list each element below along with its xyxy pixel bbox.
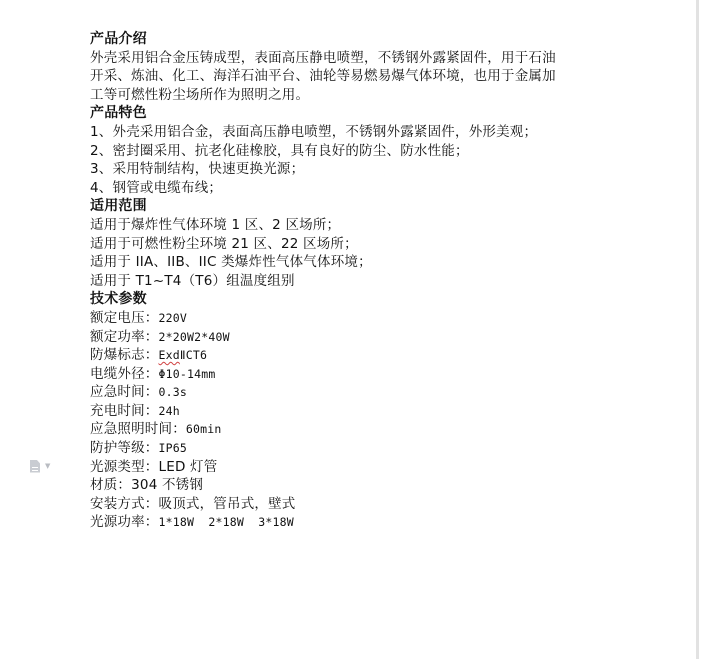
spec-value: 60min: [186, 422, 222, 436]
spec-value: Φ10-14mm: [159, 367, 216, 381]
spec-value: 220V: [159, 311, 188, 325]
spec-row-material: 材质：304 不锈钢: [90, 476, 610, 495]
spec-value: 0.3s: [159, 385, 188, 399]
spec-label: 光源功率：: [90, 514, 159, 530]
spec-value: IP65: [159, 441, 188, 455]
spec-value: 2*20W2*40W: [159, 330, 230, 344]
spec-row-cable-diameter: 电缆外径：Φ10-14mm: [90, 365, 610, 384]
list-item: 2、密封圈采用、抗老化硅橡胶，具有良好的防尘、防水性能；: [90, 142, 610, 161]
list-item: 适用于 IIA、IIB、IIC 类爆炸性气体气体环境；: [90, 253, 610, 272]
spec-row-emergency-lighting-time: 应急照明时间：60min: [90, 420, 610, 439]
spec-value: ⅡCT6: [180, 348, 207, 362]
spec-label: 充电时间：: [90, 403, 159, 419]
spec-row-installation: 安装方式：吸顶式，管吊式，壁式: [90, 495, 610, 514]
spec-row-explosion-mark: 防爆标志：ExdⅡCT6: [90, 346, 610, 365]
document-body: 产品介绍 外壳采用铝合金压铸成型，表面高压静电喷塑，不锈钢外露紧固件，用于石油 …: [90, 30, 610, 532]
list-item: 适用于爆炸性气体环境 1 区、2 区场所；: [90, 216, 610, 235]
spec-row-rated-power: 额定功率：2*20W2*40W: [90, 328, 610, 347]
spec-value: 304 不锈钢: [131, 477, 203, 493]
document-icon: [30, 460, 40, 473]
spec-row-light-power: 光源功率：1*18W 2*18W 3*18W: [90, 513, 610, 532]
list-item: 1、外壳采用铝合金，表面高压静电喷塑，不锈钢外露紧固件，外形美观；: [90, 123, 610, 142]
paragraph-line: 开采、炼油、化工、海洋石油平台、油轮等易燃易爆气体环境，也用于金属加: [90, 67, 610, 86]
spec-label: 防爆标志：: [90, 347, 159, 363]
paragraph-line: 工等可燃性粉尘场所作为照明之用。: [90, 86, 610, 105]
spec-label: 额定电压：: [90, 310, 159, 326]
spec-value: LED 灯管: [159, 459, 218, 475]
spec-label: 光源类型：: [90, 459, 159, 475]
spec-row-light-source-type: 光源类型：LED 灯管: [90, 458, 610, 477]
spec-label: 防护等级：: [90, 440, 159, 456]
list-item: 3、采用特制结构，快速更换光源；: [90, 160, 610, 179]
spec-value: 24h: [159, 404, 180, 418]
list-item: 4、钢管或电缆布线；: [90, 179, 610, 198]
section-heading-scope: 适用范围: [90, 197, 610, 216]
section-heading-intro: 产品介绍: [90, 30, 610, 49]
spec-row-protection-grade: 防护等级：IP65: [90, 439, 610, 458]
spec-label: 安装方式：: [90, 496, 159, 512]
spec-row-emergency-time: 应急时间：0.3s: [90, 383, 610, 402]
section-heading-features: 产品特色: [90, 104, 610, 123]
spec-value: 吸顶式，管吊式，壁式: [159, 496, 296, 512]
spec-label: 材质：: [90, 477, 131, 493]
page-edge-divider: [696, 0, 699, 659]
list-item: 适用于可燃性粉尘环境 21 区、22 区场所；: [90, 235, 610, 254]
spec-label: 额定功率：: [90, 329, 159, 345]
chevron-down-icon: ▼: [45, 462, 50, 470]
spec-row-rated-voltage: 额定电压：220V: [90, 309, 610, 328]
paragraph-line: 外壳采用铝合金压铸成型，表面高压静电喷塑，不锈钢外露紧固件，用于石油: [90, 49, 610, 68]
spec-row-charge-time: 充电时间：24h: [90, 402, 610, 421]
spec-value: 1*18W 2*18W 3*18W: [159, 515, 294, 529]
spec-label: 电缆外径：: [90, 366, 159, 382]
spec-label: 应急照明时间：: [90, 421, 186, 437]
spec-label: 应急时间：: [90, 384, 159, 400]
list-item: 适用于 T1~T4（T6）组温度组别: [90, 272, 610, 291]
document-options-button[interactable]: ▼: [30, 459, 56, 473]
section-heading-specs: 技术参数: [90, 290, 610, 309]
spellcheck-marked-text[interactable]: Exd: [159, 348, 180, 362]
